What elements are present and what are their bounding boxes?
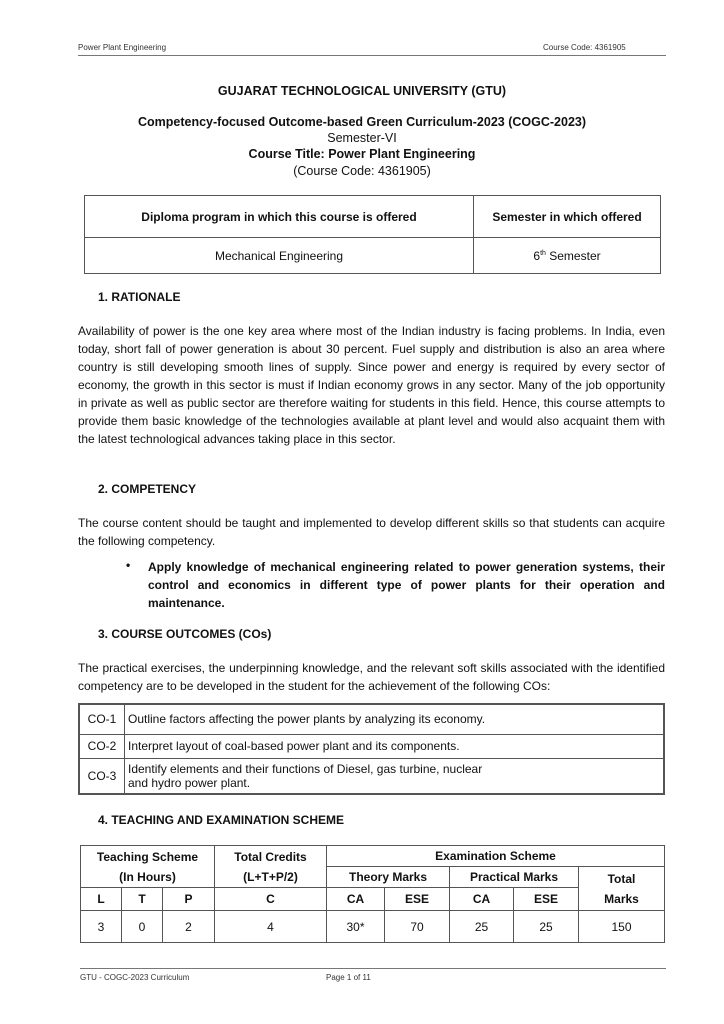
total-credits-header: Total Credits(L+T+P/2) <box>215 846 327 888</box>
section-scheme-heading: 4. TEACHING AND EXAMINATION SCHEME <box>98 813 344 827</box>
section-competency-heading: 2. COMPETENCY <box>98 482 196 496</box>
value-t: 0 <box>122 911 163 943</box>
value-p: 2 <box>163 911 215 943</box>
value-theory-ca: 30* <box>327 911 385 943</box>
value-practical-ca: 25 <box>450 911 514 943</box>
course-outcomes-table: CO-1 Outline factors affecting the power… <box>78 703 665 795</box>
co-text: Identify elements and their functions of… <box>125 758 665 794</box>
col-theory-ese: ESE <box>385 888 450 911</box>
theory-marks-header: Theory Marks <box>327 867 450 888</box>
co-text: Interpret layout of coal-based power pla… <box>125 734 665 758</box>
footer-rule <box>80 968 666 969</box>
col-theory-ca: CA <box>327 888 385 911</box>
semester-header: Semester in which offered <box>474 196 661 238</box>
value-practical-ese: 25 <box>514 911 579 943</box>
exam-scheme-header: Examination Scheme <box>327 846 665 867</box>
scheme-values-row: 3 0 2 4 30* 70 25 25 150 <box>81 911 665 943</box>
teaching-scheme-header: Teaching Scheme(In Hours) <box>81 846 215 888</box>
co-text: Outline factors affecting the power plan… <box>125 704 665 734</box>
col-p: P <box>163 888 215 911</box>
curriculum-title: Competency-focused Outcome-based Green C… <box>0 115 724 129</box>
value-theory-ese: 70 <box>385 911 450 943</box>
practical-marks-header: Practical Marks <box>450 867 579 888</box>
value-c: 4 <box>215 911 327 943</box>
competency-statement: Apply knowledge of mechanical engineerin… <box>148 558 665 612</box>
total-marks-header: TotalMarks <box>579 867 665 911</box>
semester-label: Semester-VI <box>0 131 724 145</box>
program-name: Mechanical Engineering <box>85 238 474 274</box>
footer-page-number: Page 1 of 11 <box>326 973 371 982</box>
bullet-icon: • <box>126 558 130 572</box>
col-l: L <box>81 888 122 911</box>
program-table: Diploma program in which this course is … <box>84 195 661 274</box>
value-total-marks: 150 <box>579 911 665 943</box>
footer-curriculum: GTU - COGC-2023 Curriculum <box>80 973 189 982</box>
program-header: Diploma program in which this course is … <box>85 196 474 238</box>
header-rule <box>78 55 666 56</box>
course-title: Course Title: Power Plant Engineering <box>0 147 724 161</box>
competency-text: The course content should be taught and … <box>78 514 665 550</box>
co-id: CO-3 <box>79 758 125 794</box>
rationale-text: Availability of power is the one key are… <box>78 322 665 448</box>
value-l: 3 <box>81 911 122 943</box>
co-row: CO-1 Outline factors affecting the power… <box>79 704 664 734</box>
col-practical-ese: ESE <box>514 888 579 911</box>
col-c: C <box>215 888 327 911</box>
section-cos-heading: 3. COURSE OUTCOMES (COs) <box>98 627 271 641</box>
header-course-code: Course Code: 4361905 <box>543 43 626 52</box>
co-row: CO-2 Interpret layout of coal-based powe… <box>79 734 664 758</box>
teaching-exam-table: Teaching Scheme(In Hours) Total Credits(… <box>80 845 665 943</box>
col-practical-ca: CA <box>450 888 514 911</box>
semester-offered: 6th Semester <box>474 238 661 274</box>
course-code: (Course Code: 4361905) <box>0 164 724 178</box>
co-id: CO-2 <box>79 734 125 758</box>
university-title: GUJARAT TECHNOLOGICAL UNIVERSITY (GTU) <box>0 84 724 98</box>
cos-text: The practical exercises, the underpinnin… <box>78 659 665 695</box>
header-course-name: Power Plant Engineering <box>78 43 166 52</box>
section-rationale-heading: 1. RATIONALE <box>98 290 180 304</box>
col-t: T <box>122 888 163 911</box>
co-row: CO-3 Identify elements and their functio… <box>79 758 664 794</box>
co-id: CO-1 <box>79 704 125 734</box>
